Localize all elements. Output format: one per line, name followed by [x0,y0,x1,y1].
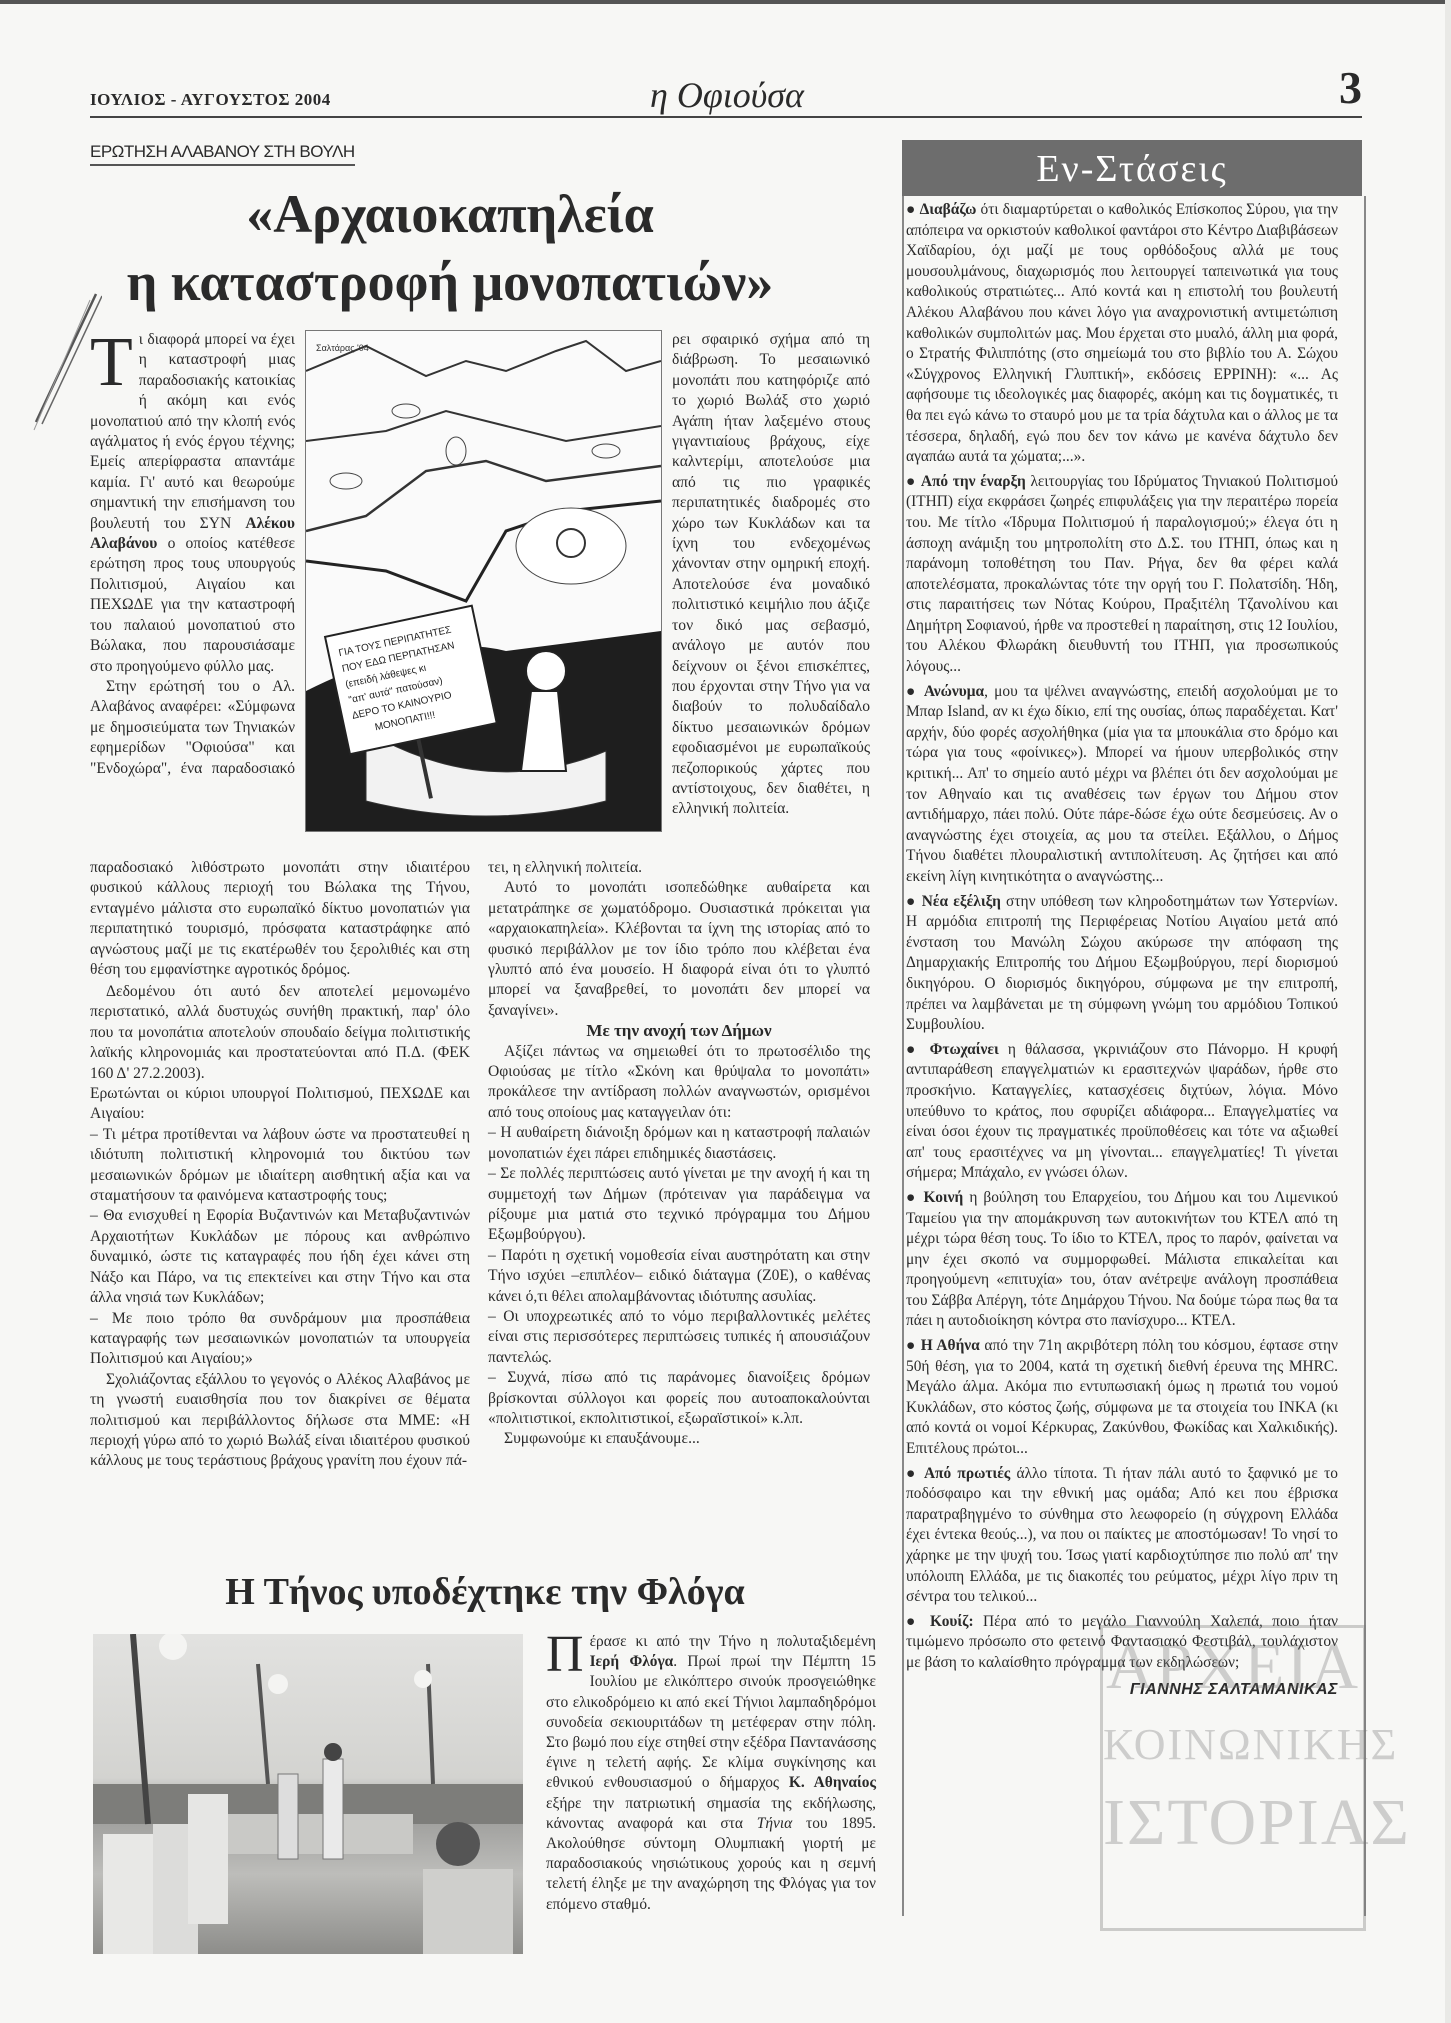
question-2: – Θα ενισχυθεί η Εφορία Βυζαντινών και Μ… [90,1206,470,1308]
headline-line-1: «Αρχαιοκαπηλεία [90,180,810,248]
paragraph-continued: τει, η ελληνική πολιτεία. [488,858,870,878]
article-column-1-bottom: παραδοσιακό λιθόστρωτο μονοπάτι στην ιδι… [90,858,470,1472]
page-top-edge [0,0,1451,4]
article-2-body: Πέρασε κι από την Τήνο η πολυταξιδεμένη … [546,1632,876,1915]
list-item: – Οι υποχρεωτικές από το νόμο περιβαλλον… [488,1307,870,1368]
paragraph: Αξίζει πάντως να σημειωθεί ότι το πρωτοσ… [488,1042,870,1124]
intro-paragraph: Τι διαφορά μπορεί να έχει η καταστροφή μ… [90,330,295,677]
question-1: – Τι μέτρα προτίθενται να λάβουν ώστε να… [90,1125,470,1207]
drop-cap: Τ [90,334,133,392]
sidebar-item: ● Ανώνυμα, μου τα ψέλνει αναγνώστης, επε… [906,682,1338,888]
sidebar-item: ● Νέα εξέλιξη στην υπόθεση των κληροδοτη… [906,892,1338,1036]
torch-ceremony-photo [93,1634,523,1954]
photo-scene-icon [93,1634,523,1954]
drop-cap: Π [546,1634,584,1676]
sidebar-item: ● Από την έναρξη λειτουργίας του Ιδρύματ… [906,472,1338,678]
paragraph-continued: παραδοσιακό λιθόστρωτο μονοπάτι στην ιδι… [90,858,470,982]
sidebar-column: ● Διαβάζω ότι διαμαρτύρεται ο καθολικός … [906,200,1338,1700]
paragraph: Σχολιάζοντας εξάλλου το γεγονός ο Αλέκος… [90,1370,470,1472]
sidebar-title: Εν-Στάσεις [902,140,1362,196]
issue-date: ΙΟΥΛΙΟΣ - ΑΥΓΟΥΣΤΟΣ 2004 [90,90,331,110]
archive-watermark: ΑΡΧΕΙΑ ΚΟΙΝΩΝΙΚΗΣ ΙΣΤΟΡΙΑΣ [1100,1625,1366,1931]
headline-line-2: η καταστροφή μονοπατιών» [90,248,810,316]
paragraph: Στην ερώτησή του ο Αλ. Αλαβάνος αναφέρει… [90,677,295,781]
svg-text:Σαλτάρας '04: Σαλτάρας '04 [316,343,369,353]
article-column-2-bottom: τει, η ελληνική πολιτεία. Αυτό το μονοπά… [488,858,870,1450]
list-item: – Η αυθαίρετη διάνοιξη δρόμων και η κατα… [488,1123,870,1164]
page-number: 3 [1339,61,1362,114]
cartoon-drawing-icon: ΓΙΑ ΤΟΥΣ ΠΕΡΙΠΑΤΗΤΕΣ ΠΟΥ ΕΔΩ ΠΕΡΠΑΤΗΣΑΝ … [306,331,661,831]
paragraph: ρει σφαιρικό σχήμα από τη διάβρωση. Το μ… [672,330,870,860]
subheading: Με την ανοχή των Δήμων [488,1021,870,1041]
article-2-paragraph: Πέρασε κι από την Τήνο η πολυταξιδεμένη … [546,1632,876,1915]
paragraph: Αυτό το μονοπάτι ισοπεδώθηκε αυθαίρετα κ… [488,878,870,1021]
article-column-1-top: Τι διαφορά μπορεί να έχει η καταστροφή μ… [90,330,295,781]
newspaper-title: η Οφιούσα [650,74,804,116]
question-3: – Με ποιο τρόπο θα συνδράμουν μια προσπά… [90,1309,470,1370]
sidebar-item: ● Η Αθήνα από την 71η ακριβότερη πόλη το… [906,1336,1338,1460]
sidebar-item: ● Από πρωτιές άλλο τίποτα. Τι ήταν πάλι … [906,1464,1338,1608]
sidebar-item: ● Διαβάζω ότι διαμαρτύρεται ο καθολικός … [906,200,1338,468]
cartoon-illustration: ΓΙΑ ΤΟΥΣ ΠΕΡΙΠΑΤΗΤΕΣ ΠΟΥ ΕΔΩ ΠΕΡΠΑΤΗΣΑΝ … [305,330,662,832]
page-right-edge [1445,0,1451,2023]
masthead: ΙΟΥΛΙΟΣ - ΑΥΓΟΥΣΤΟΣ 2004 η Οφιούσα 3 [90,70,1362,118]
list-item: – Παρότι η σχετική νομοθεσία είναι αυστη… [488,1246,870,1307]
closing-line: Συμφωνούμε κι επαυξάνουμε... [488,1429,870,1449]
list-item: – Συχνά, πίσω από τις παράνομες διανοίξε… [488,1368,870,1429]
paragraph: Ερωτώνται οι κύριοι υπουργοί Πολιτισμού,… [90,1084,470,1125]
paragraph: Δεδομένου ότι αυτό δεν αποτελεί μεμονωμέ… [90,982,470,1084]
article-kicker: ΕΡΩΤΗΣΗ ΑΛΑΒΑΝΟΥ ΣΤΗ ΒΟΥΛΗ [90,142,355,166]
article-column-2-top: ρει σφαιρικό σχήμα από τη διάβρωση. Το μ… [672,330,870,860]
article-2-headline: Η Τήνος υποδέχτηκε την Φλόγα [90,1570,880,1614]
article-headline: «Αρχαιοκαπηλεία η καταστροφή μονοπατιών» [90,180,810,316]
list-item: – Σε πολλές περιπτώσεις αυτό γίνεται με … [488,1164,870,1246]
sidebar-item: ● Φτωχαίνει η θάλασσα, γκρινιάζουν στο Π… [906,1040,1338,1184]
sidebar-item: ● Κοινή η βούληση του Επαρχείου, του Δήμ… [906,1188,1338,1332]
